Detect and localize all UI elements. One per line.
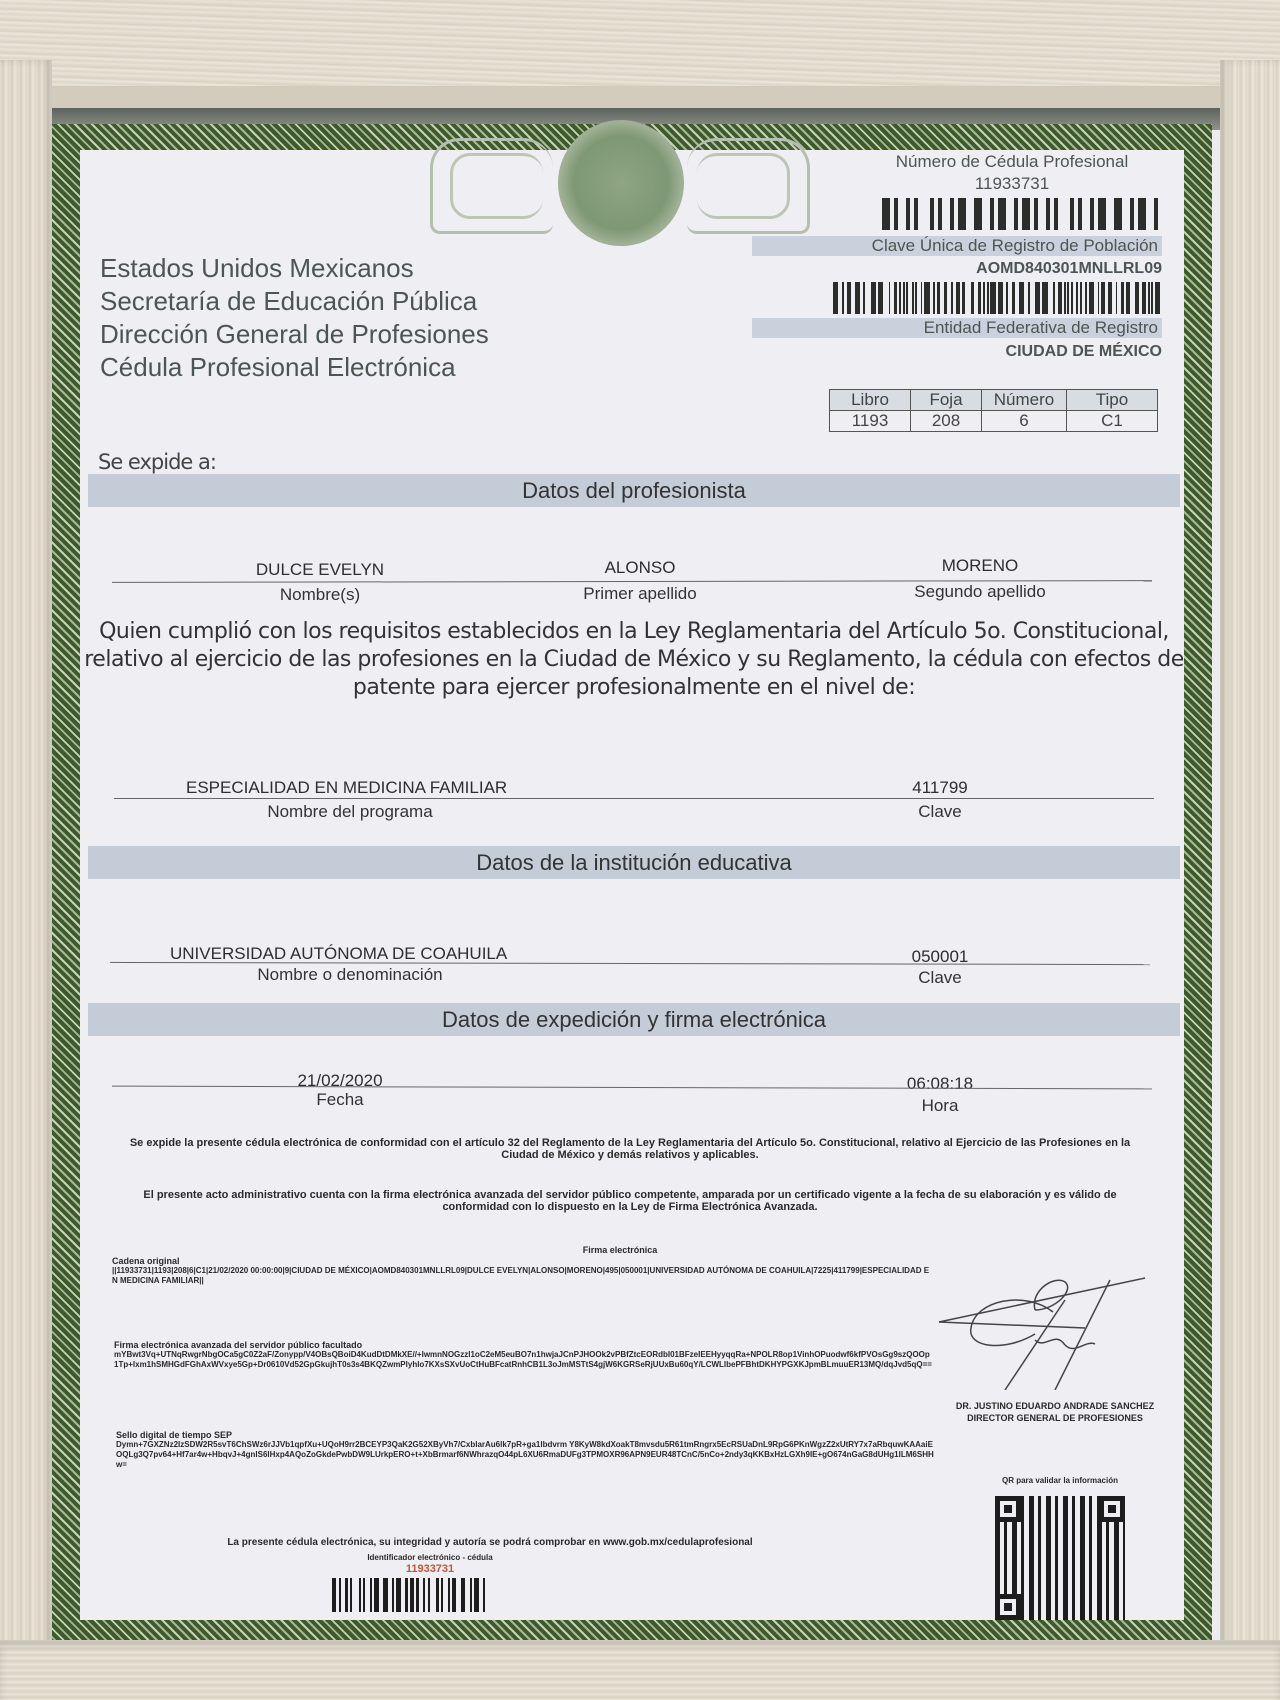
fea-label: Firma electrónica avanzada del servidor … xyxy=(114,1340,934,1350)
cadena-value: ||11933731|1193|208|6|C1|21/02/2020 00:0… xyxy=(112,1266,929,1285)
registry-block: Número de Cédula Profesional 11933731 Cl… xyxy=(782,152,1162,361)
qr-code-icon[interactable] xyxy=(995,1496,1125,1620)
section-institucion: Datos de la institución educativa xyxy=(88,846,1180,879)
qr-finder-tr xyxy=(1099,1496,1125,1522)
signature-icon xyxy=(935,1270,1165,1390)
se-expide-label: Se expide a: xyxy=(98,450,216,474)
cedula-barcode xyxy=(782,198,1162,230)
nombres-label: Nombre(s) xyxy=(230,585,410,605)
numero-header: Número xyxy=(982,390,1067,411)
entidad-value: CIUDAD DE MÉXICO xyxy=(782,343,1162,361)
foja-header: Foja xyxy=(911,390,982,411)
seal-ornament-left-inner xyxy=(450,153,543,219)
sello-label: Sello digital de tiempo SEP xyxy=(116,1430,936,1440)
curp-value: AOMD840301MNLLRL09 xyxy=(782,260,1162,278)
libro-value: 1193 xyxy=(830,411,911,432)
institucion-nombre: UNIVERSIDAD AUTÓNOMA DE COAHUILA xyxy=(170,944,570,964)
coat-of-arms-icon xyxy=(558,120,684,246)
foja-value: 208 xyxy=(911,411,982,432)
programa-clave: 411799 xyxy=(890,778,990,798)
frame-right-edge xyxy=(1220,60,1280,1700)
cadena-label: Cadena original xyxy=(112,1256,932,1266)
libro-header: Libro xyxy=(830,390,911,411)
legal-paragraph-2: El presente acto administrativo cuenta c… xyxy=(120,1189,1140,1213)
hora-label: Hora xyxy=(890,1096,990,1116)
document-type: Cédula Profesional Electrónica xyxy=(100,351,489,384)
segundo-apellido-label: Segundo apellido xyxy=(880,582,1080,602)
registry-table: Libro Foja Número Tipo 1193 208 6 C1 xyxy=(829,389,1158,432)
curp-label: Clave Única de Registro de Población xyxy=(752,236,1162,256)
legal-paragraph-1: Se expide la presente cédula electrónica… xyxy=(110,1137,1150,1161)
curp-barcode xyxy=(782,282,1162,314)
sello-digital: Sello digital de tiempo SEP Dymn+7GXZNz2… xyxy=(116,1430,936,1470)
electronic-id-label: Identificador electrónico - cédula xyxy=(300,1553,560,1562)
nombres-value: DULCE EVELYN xyxy=(200,560,440,580)
primer-apellido-label: Primer apellido xyxy=(550,584,730,604)
cedula-number: 11933731 xyxy=(782,174,1162,194)
section-expedicion: Datos de expedición y firma electrónica xyxy=(88,1003,1180,1036)
primer-apellido-value: ALONSO xyxy=(560,558,720,578)
programa-clave-label: Clave xyxy=(890,802,990,822)
institucion-clave-label: Clave xyxy=(890,968,990,988)
programa-nombre-label: Nombre del programa xyxy=(240,802,460,822)
cedula-number-label: Número de Cédula Profesional xyxy=(782,152,1162,172)
qr-finder-bl xyxy=(995,1594,1021,1620)
issuer-header: Estados Unidos Mexicanos Secretaría de E… xyxy=(100,252,489,384)
sello-value: Dymn+7GXZNz2IzSDW2R5svT6ChSWz6rJJVb1qpfX… xyxy=(116,1440,934,1469)
cadena-original: Cadena original ||11933731|1193|208|6|C1… xyxy=(112,1256,932,1286)
section-profesionista: Datos del profesionista xyxy=(88,474,1180,507)
qr-finder-tl xyxy=(995,1496,1021,1522)
hora-value: 06:08:18 xyxy=(890,1074,990,1094)
issuer-line-directorate: Dirección General de Profesiones xyxy=(100,318,489,351)
fea-value: mYBwt3Vq+UTNqRwgrNbgOCa5gC0Z2aF/Zonypp/V… xyxy=(114,1350,932,1369)
tipo-header: Tipo xyxy=(1067,390,1158,411)
issuer-line-ministry: Secretaría de Educación Pública xyxy=(100,285,489,318)
qr-label: QR para validar la información xyxy=(975,1476,1145,1485)
frame-bottom-edge xyxy=(0,1640,1280,1700)
frame-left-edge xyxy=(0,60,52,1700)
firma-avanzada: Firma electrónica avanzada del servidor … xyxy=(114,1340,934,1370)
signer-name: DR. JUSTINO EDUARDO ANDRADE SANCHEZ xyxy=(925,1400,1185,1412)
programa-line xyxy=(114,798,1154,799)
entidad-label: Entidad Federativa de Registro xyxy=(752,318,1162,338)
issuer-line-country: Estados Unidos Mexicanos xyxy=(100,252,489,285)
signer-block: DR. JUSTINO EDUARDO ANDRADE SANCHEZ DIRE… xyxy=(925,1400,1185,1424)
requirements-statement: Quien cumplió con los requisitos estable… xyxy=(84,618,1184,702)
firma-title: Firma electrónica xyxy=(520,1245,720,1255)
electronic-id-barcode xyxy=(332,1578,488,1612)
signer-title: DIRECTOR GENERAL DE PROFESIONES xyxy=(925,1412,1185,1424)
fecha-label: Fecha xyxy=(290,1090,390,1110)
tipo-value: C1 xyxy=(1067,411,1158,432)
segundo-apellido-value: MORENO xyxy=(900,556,1060,576)
seal-ornament-right-inner xyxy=(697,153,790,219)
programa-nombre: ESPECIALIDAD EN MEDICINA FAMILIAR xyxy=(170,778,586,798)
institucion-nombre-label: Nombre o denominación xyxy=(240,965,460,985)
numero-value: 6 xyxy=(982,411,1067,432)
electronic-id-number: 11933731 xyxy=(330,1563,530,1575)
verification-text: La presente cédula electrónica, su integ… xyxy=(110,1537,870,1548)
fecha-value: 21/02/2020 xyxy=(280,1071,400,1091)
national-seal-icon xyxy=(430,118,810,248)
